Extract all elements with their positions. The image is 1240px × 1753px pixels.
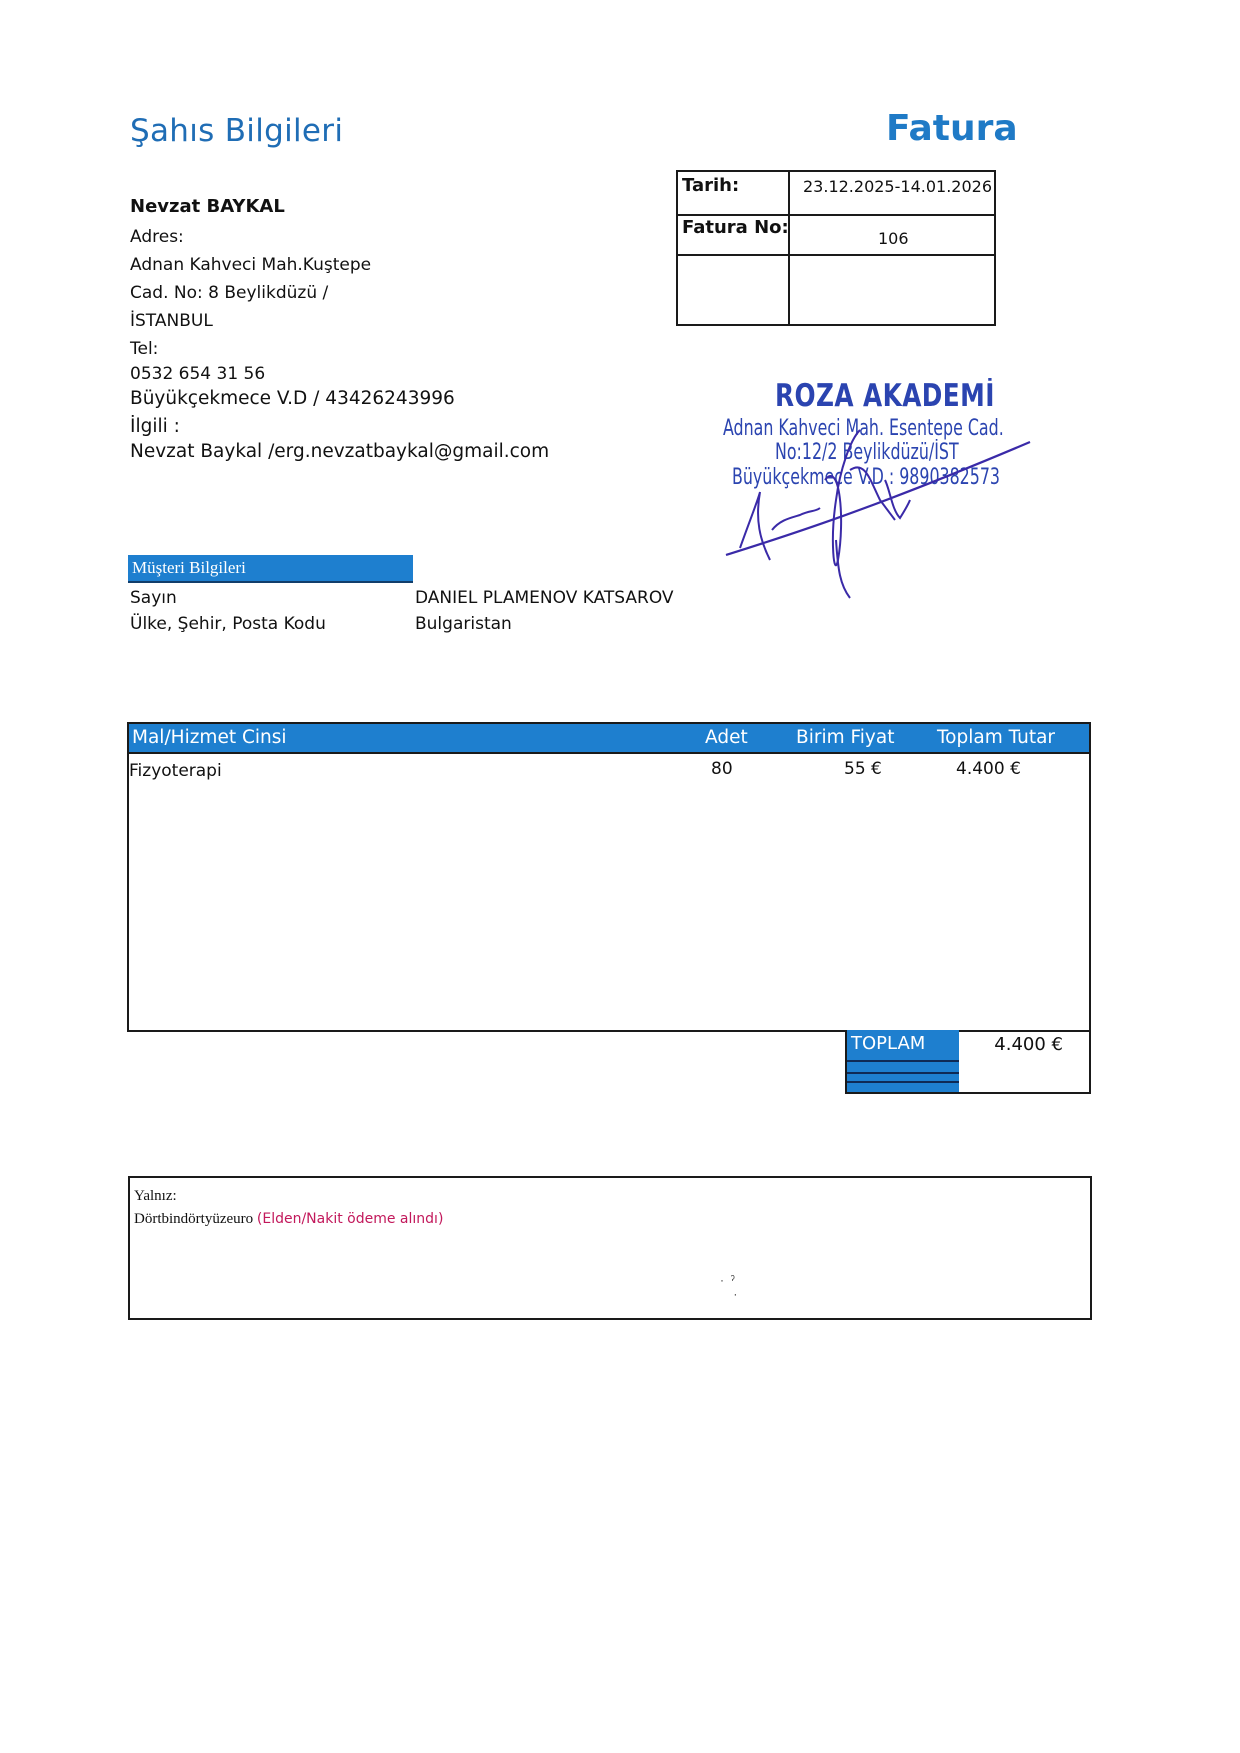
header-unit-price: Birim Fiyat bbox=[796, 727, 894, 748]
empty-row bbox=[678, 254, 994, 324]
address-line-3: İSTANBUL bbox=[130, 307, 549, 335]
items-table: Mal/Hizmet Cinsi Adet Birim Fiyat Toplam… bbox=[127, 722, 1091, 1032]
invoice-title: Fatura bbox=[886, 108, 1018, 149]
amount-words-label: Yalnız: bbox=[134, 1188, 177, 1205]
amount-in-words-box: Yalnız: Dörtbindörtyüzeuro (Elden/Nakit … bbox=[128, 1176, 1092, 1320]
date-label: Tarih: bbox=[682, 175, 739, 196]
customer-value-name: DANIEL PLAMENOV KATSAROV bbox=[415, 588, 674, 608]
total-label-cell: TOPLAM bbox=[847, 1030, 959, 1092]
customer-section-header: Müşteri Bilgileri bbox=[128, 555, 413, 583]
row-quantity: 80 bbox=[711, 759, 733, 779]
row-description: Fizyoterapi bbox=[129, 761, 222, 781]
customer-label-name: Sayın bbox=[130, 588, 177, 608]
items-table-header: Mal/Hizmet Cinsi Adet Birim Fiyat Toplam… bbox=[129, 724, 1089, 754]
date-row: Tarih: 23.12.2025-14.01.2026 bbox=[678, 172, 994, 216]
scan-specks: · ˀ · bbox=[720, 1273, 737, 1301]
meta-divider bbox=[788, 172, 790, 324]
customer-section-title: Müşteri Bilgileri bbox=[132, 558, 246, 578]
total-label: TOPLAM bbox=[851, 1033, 925, 1054]
number-label: Fatura No: bbox=[682, 217, 789, 238]
address-line-1: Adnan Kahveci Mah.Kuştepe bbox=[130, 251, 549, 279]
tel-value: 0532 654 31 56 bbox=[130, 360, 549, 385]
amount-words-line: Dörtbindörtyüzeuro (Elden/Nakit ödeme al… bbox=[134, 1211, 443, 1228]
amount-words-text: Dörtbindörtyüzeuro bbox=[134, 1211, 253, 1227]
payment-note: (Elden/Nakit ödeme alındı) bbox=[257, 1211, 444, 1227]
number-value: 106 bbox=[878, 229, 909, 248]
total-value: 4.400 € bbox=[994, 1034, 1063, 1055]
invoice-meta-table: Tarih: 23.12.2025-14.01.2026 Fatura No: … bbox=[676, 170, 996, 326]
row-unit-price: 55 € bbox=[844, 759, 882, 779]
header-quantity: Adet bbox=[705, 727, 748, 748]
address-label: Adres: bbox=[130, 223, 549, 251]
date-value: 23.12.2025-14.01.2026 bbox=[803, 177, 992, 196]
signature-icon bbox=[720, 420, 1040, 600]
person-info: Nevzat BAYKAL Adres: Adnan Kahveci Mah.K… bbox=[130, 193, 549, 466]
total-divider bbox=[847, 1060, 959, 1062]
address-line-2: Cad. No: 8 Beylikdüzü / bbox=[130, 279, 549, 307]
number-row: Fatura No: 106 bbox=[678, 214, 994, 256]
customer-value-location: Bulgaristan bbox=[415, 614, 512, 634]
tel-label: Tel: bbox=[130, 335, 549, 360]
total-divider bbox=[847, 1081, 959, 1083]
tax-office: Büyükçekmece V.D / 43426243996 bbox=[130, 385, 549, 413]
header-total: Toplam Tutar bbox=[937, 727, 1055, 748]
customer-label-location: Ülke, Şehir, Posta Kodu bbox=[130, 614, 326, 634]
total-box: TOPLAM 4.400 € bbox=[845, 1030, 1091, 1094]
header-description: Mal/Hizmet Cinsi bbox=[132, 727, 287, 748]
person-name: Nevzat BAYKAL bbox=[130, 193, 549, 221]
row-total: 4.400 € bbox=[956, 759, 1021, 779]
stamp-company: ROZA AKADEMİ bbox=[775, 378, 995, 414]
contact-label: İlgili : bbox=[130, 413, 549, 438]
person-section-title: Şahıs Bilgileri bbox=[130, 113, 343, 149]
total-divider bbox=[847, 1072, 959, 1074]
contact-value: Nevzat Baykal /erg.nevzatbaykal@gmail.co… bbox=[130, 438, 549, 466]
